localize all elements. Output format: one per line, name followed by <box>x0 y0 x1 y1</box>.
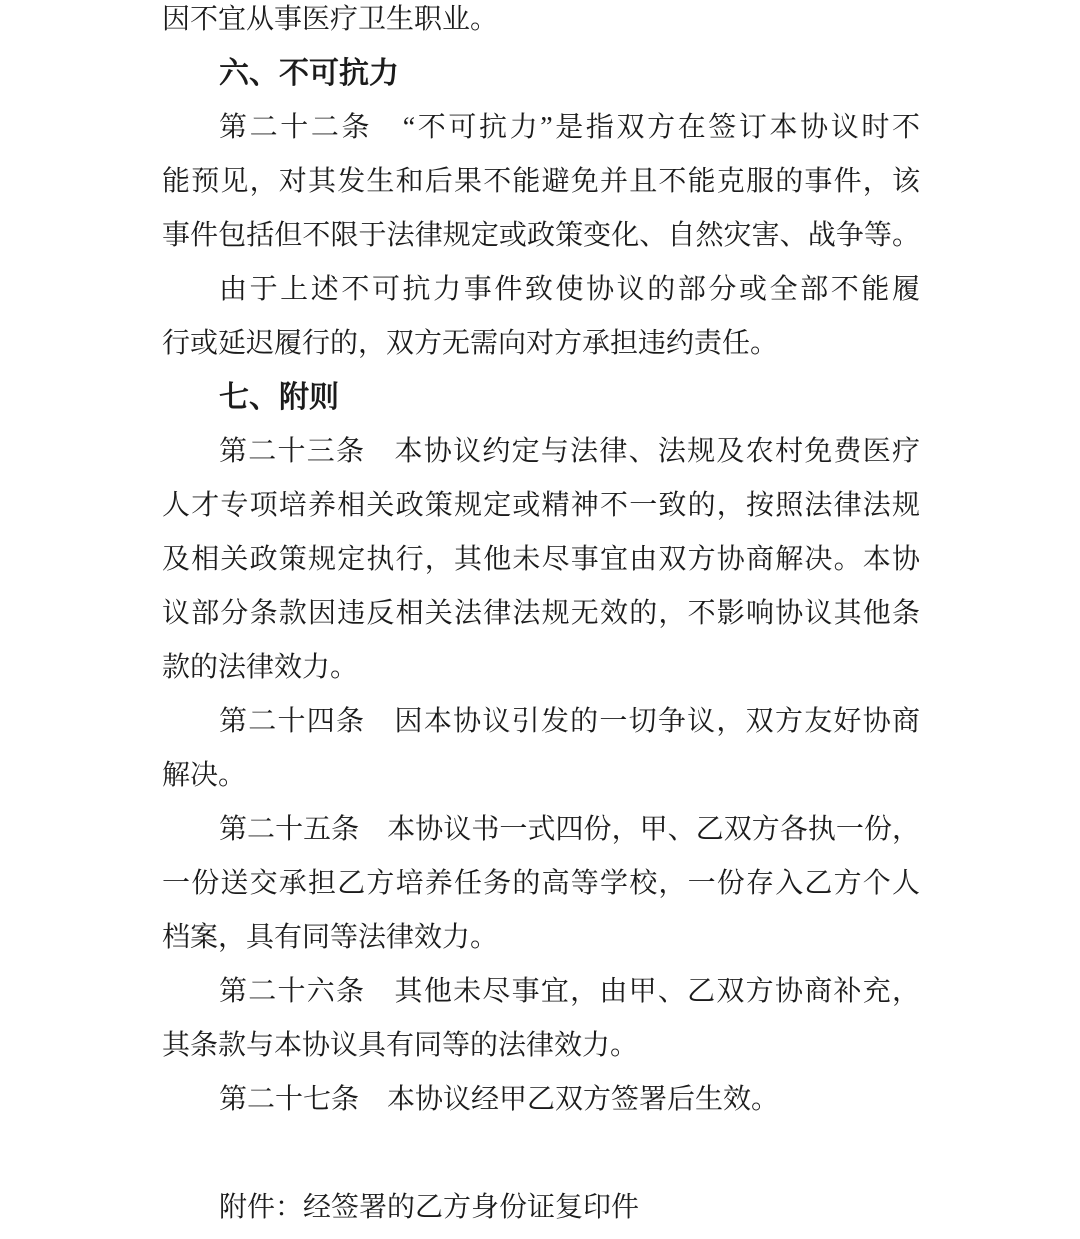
document-text-block: 因不宜从事医疗卫生职业。六、不可抗力第二十二条 “不可抗力”是指双方在签订本协议… <box>162 0 920 1235</box>
text-line: 第二十六条 其他未尽事宜，由甲、乙双方协商补充， <box>162 965 920 1019</box>
section-heading: 六、不可抗力 <box>162 47 920 101</box>
text-line: 及相关政策规定执行，其他未尽事宜由双方协商解决。本协 <box>162 533 920 587</box>
blank-line <box>162 1127 920 1181</box>
text-line: 第二十四条 因本协议引发的一切争议，双方友好协商 <box>162 695 920 749</box>
text-line: 其条款与本协议具有同等的法律效力。 <box>162 1019 920 1073</box>
text-line: 行或延迟履行的，双方无需向对方承担违约责任。 <box>162 317 920 371</box>
text-line: 事件包括但不限于法律规定或政策变化、自然灾害、战争等。 <box>162 209 920 263</box>
text-line: 档案，具有同等法律效力。 <box>162 911 920 965</box>
text-line: 一份送交承担乙方培养任务的高等学校，一份存入乙方个人 <box>162 857 920 911</box>
document-page: 因不宜从事医疗卫生职业。六、不可抗力第二十二条 “不可抗力”是指双方在签订本协议… <box>0 0 1080 1239</box>
text-line: 能预见，对其发生和后果不能避免并且不能克服的事件，该 <box>162 155 920 209</box>
text-line: 第二十二条 “不可抗力”是指双方在签订本协议时不 <box>162 101 920 155</box>
text-line: 款的法律效力。 <box>162 641 920 695</box>
text-line: 第二十五条 本协议书一式四份，甲、乙双方各执一份， <box>162 803 920 857</box>
text-line: 附件：经签署的乙方身份证复印件 <box>162 1181 920 1235</box>
text-line: 人才专项培养相关政策规定或精神不一致的，按照法律法规 <box>162 479 920 533</box>
text-line: 第二十三条 本协议约定与法律、法规及农村免费医疗 <box>162 425 920 479</box>
text-line: 因不宜从事医疗卫生职业。 <box>162 0 920 47</box>
section-heading: 七、附则 <box>162 371 920 425</box>
text-line: 第二十七条 本协议经甲乙双方签署后生效。 <box>162 1073 920 1127</box>
text-line: 由于上述不可抗力事件致使协议的部分或全部不能履 <box>162 263 920 317</box>
text-line: 议部分条款因违反相关法律法规无效的，不影响协议其他条 <box>162 587 920 641</box>
text-line: 解决。 <box>162 749 920 803</box>
